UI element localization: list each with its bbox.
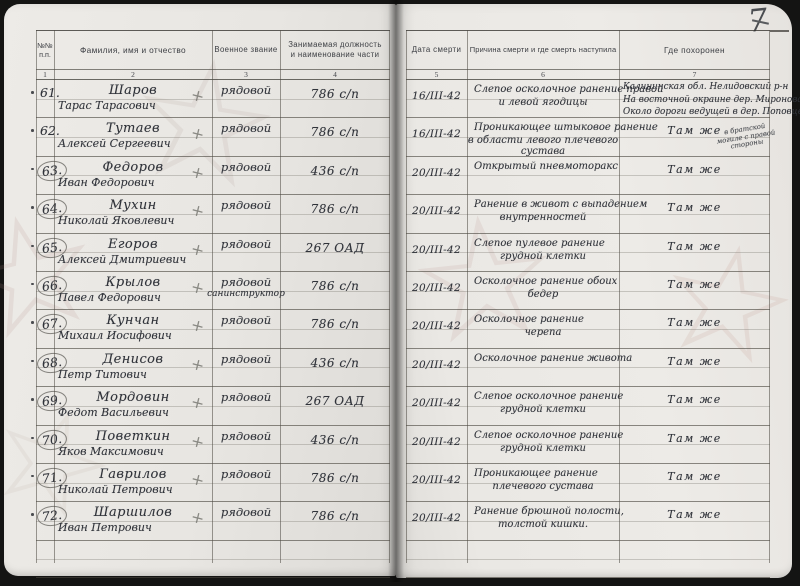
grid-line [36, 30, 37, 563]
ledger-row-right: 20/III-42 Слепое осколочное ранение груд… [406, 387, 770, 425]
burial-cell: Там же [619, 310, 770, 347]
death-cause-line1: Осколочное ранение обоих [474, 276, 619, 287]
death-cause-line1: Проникающее штыковое ранение [474, 122, 619, 133]
rank-cell: рядовой [212, 195, 280, 232]
unit: 786 с/п [280, 471, 390, 485]
scanned-ledger-spread: ☆ ☆ ☆ ☆ ☆ 7 №№ п.п. Фамилия, имя и отчес… [0, 0, 800, 586]
death-cause-cell: Проникающее штыковое ранение в области л… [467, 118, 619, 155]
death-cause-line1: Осколочное ранение [474, 314, 619, 325]
ledger-row-right: 20/III-42 Осколочное ранение живота Там … [406, 349, 770, 387]
death-date: 20/III-42 [406, 244, 467, 256]
rank-cell: рядовой [212, 426, 280, 463]
right-table-header: Дата смерти Причина смерти и где смерть … [406, 30, 770, 70]
death-cause-line2: бедер [467, 289, 619, 300]
column-number: 2 [54, 70, 212, 79]
ledger-row-left: 64. Мухин Николай Яковлевич + рядовой 78… [36, 195, 390, 233]
ledger-row-left: 72. Шаршилов Иван Петрович + рядовой 786… [36, 502, 390, 540]
death-date: 20/III-42 [406, 359, 467, 371]
death-cause-line2: черепа [467, 327, 619, 338]
burial-cell: Там же [619, 234, 770, 271]
burial-cell: Там же [619, 426, 770, 463]
unit-cell: 267 ОАД [280, 234, 390, 271]
unit: 786 с/п [280, 87, 390, 101]
left-table: №№ п.п. Фамилия, имя и отчество Военное … [36, 30, 390, 563]
ledger-row-right: 20/III-42 Осколочное ранение обоих бедер… [406, 272, 770, 310]
ledger-row-right: 20/III-42 Открытый пневмоторакс Там же [406, 157, 770, 195]
death-cause-line1: Слепое осколочное ранение [474, 430, 619, 441]
row-number-cell: 67. [36, 310, 54, 347]
name-cell: Шаров Тарас Тарасович + [54, 80, 212, 117]
rank-cell: рядовой [212, 118, 280, 155]
row-number-cell: 68. [36, 349, 54, 386]
death-cause-cell: Слепое осколочное ранение грудной клетки [467, 426, 619, 463]
left-column-numbers: 1 2 3 4 [36, 70, 390, 80]
burial-line1: Там же [619, 317, 770, 329]
burial-cell: Там же [619, 195, 770, 232]
rank: рядовой [221, 237, 271, 251]
surname: Егоров [54, 237, 212, 252]
death-cause-cell: Осколочное ранение черепа [467, 310, 619, 347]
rank-cell: рядовой [212, 387, 280, 424]
surname: Гаврилов [54, 467, 212, 482]
name-cell: Денисов Петр Титович + [54, 349, 212, 386]
unit: 436 с/п [280, 433, 390, 447]
row-number-cell: 72. [36, 502, 54, 539]
ledger-row-left: 66. Крылов Павел Федорович + рядовой сан… [36, 272, 390, 310]
column-number: 7 [619, 70, 770, 79]
unit: 436 с/п [280, 164, 390, 178]
unit-cell: 267 ОАД [280, 387, 390, 424]
col-header-name: Фамилия, имя и отчество [54, 31, 212, 69]
surname: Кунчан [54, 313, 212, 328]
death-date: 20/III-42 [406, 474, 467, 486]
death-cause-line1: Ранение брюшной полости, [474, 506, 619, 517]
unit: 786 с/п [280, 202, 390, 216]
ledger-row-left: 67. Кунчан Михаил Иосифович + рядовой 78… [36, 310, 390, 348]
right-rows: 16/III-42 Слепое осколочное ранение прав… [406, 80, 770, 578]
grid-line [406, 30, 407, 563]
death-date-cell: 20/III-42 [406, 426, 467, 463]
column-number: 5 [406, 70, 467, 79]
death-date-cell: 20/III-42 [406, 310, 467, 347]
unit-cell: 786 с/п [280, 310, 390, 347]
pencil-dot-mark [31, 321, 34, 324]
left-rows: 61. Шаров Тарас Тарасович + рядовой 786 … [36, 80, 390, 578]
death-date: 20/III-42 [406, 167, 467, 179]
name-cell: Кунчан Михаил Иосифович + [54, 310, 212, 347]
rank: рядовой [221, 313, 271, 327]
unit-cell: 786 с/п [280, 502, 390, 539]
death-date-cell: 20/III-42 [406, 502, 467, 539]
death-cause-line2: плечевого сустава [467, 481, 619, 492]
column-number: 4 [280, 70, 390, 79]
right-table: Дата смерти Причина смерти и где смерть … [406, 30, 770, 563]
death-date-cell: 16/III-42 [406, 118, 467, 155]
burial-cell: Там же [619, 272, 770, 309]
death-date-cell: 20/III-42 [406, 272, 467, 309]
unit: 786 с/п [280, 279, 390, 293]
surname: Шаров [54, 83, 212, 98]
row-number-cell: 69. [36, 387, 54, 424]
death-date: 16/III-42 [406, 128, 467, 140]
rank: рядовой [221, 160, 271, 174]
death-date-cell: 20/III-42 [406, 157, 467, 194]
death-cause-cell: Осколочное ранение обоих бедер [467, 272, 619, 309]
rank: рядовой [221, 467, 271, 481]
pencil-dot-mark [31, 129, 34, 132]
death-cause-cell: Слепое осколочное ранение правой и левой… [467, 80, 619, 117]
pencil-dot-mark [31, 206, 34, 209]
name-cell: Крылов Павел Федорович + [54, 272, 212, 309]
burial-cell: Калининская обл. Нелидовский р-н На вост… [619, 80, 770, 117]
death-date-cell: 20/III-42 [406, 234, 467, 271]
death-cause-cell: Ранение в живот с выпадением внутренност… [467, 195, 619, 232]
surname: Крылов [54, 275, 212, 290]
unit-cell: 436 с/п [280, 157, 390, 194]
grid-line [212, 30, 213, 563]
row-number-cell: 64. [36, 195, 54, 232]
death-cause-cell: Проникающее ранение плечевого сустава [467, 464, 619, 501]
death-cause-line2: и левой ягодицы [467, 97, 619, 108]
name-cell: Гаврилов Николай Петрович + [54, 464, 212, 501]
column-number: 3 [212, 70, 280, 79]
pencil-dot-mark [31, 91, 34, 94]
rank: рядовой [221, 83, 271, 97]
unit-cell: 786 с/п [280, 195, 390, 232]
burial-line2: На восточной окраине дер. Миронова [623, 95, 770, 107]
unit: 786 с/п [280, 125, 390, 139]
unit-cell: 786 с/п [280, 272, 390, 309]
burial-line1: Там же [619, 241, 770, 253]
rank-cell: рядовой [212, 464, 280, 501]
death-date: 20/III-42 [406, 512, 467, 524]
rank: рядовой [221, 198, 271, 212]
unit: 786 с/п [280, 509, 390, 523]
grid-line [54, 30, 55, 563]
burial-cell: Там же [619, 464, 770, 501]
death-cause-cell: Слепое осколочное ранение грудной клетки [467, 387, 619, 424]
surname: Тутаев [54, 121, 212, 136]
col-header-death-date: Дата смерти [406, 31, 467, 69]
burial-line1: Там же [619, 509, 770, 521]
burial-line1: Там же [619, 164, 770, 176]
death-cause-line1: Ранение в живот с выпадением [474, 199, 619, 210]
name-cell: Мухин Николай Яковлевич + [54, 195, 212, 232]
rank-extra: санинструктор [207, 289, 285, 299]
burial-line1: Там же [619, 356, 770, 368]
surname: Денисов [54, 352, 212, 367]
grid-line [769, 30, 770, 563]
rank-cell: рядовой санинструктор [212, 272, 280, 309]
death-cause-line1: Осколочное ранение живота [474, 353, 619, 364]
death-date: 20/III-42 [406, 320, 467, 332]
unit-cell: 786 с/п [280, 464, 390, 501]
surname: Поветкин [54, 429, 212, 444]
right-column-numbers: 5 6 7 [406, 70, 770, 80]
death-date-cell: 20/III-42 [406, 464, 467, 501]
rank: рядовой [221, 429, 271, 443]
row-number-cell: 65. [36, 234, 54, 271]
death-cause-line1: Слепое пулевое ранение [474, 238, 619, 249]
rank-cell: рядовой [212, 349, 280, 386]
pencil-dot-mark [31, 398, 34, 401]
grid-line [389, 30, 390, 563]
grid-line [467, 30, 468, 563]
unit-cell: 786 с/п [280, 118, 390, 155]
death-date: 20/III-42 [406, 205, 467, 217]
ledger-row-right: 20/III-42 Ранение в живот с выпадением в… [406, 195, 770, 233]
death-date: 16/III-42 [406, 90, 467, 102]
death-cause-cell: Слепое пулевое ранение грудной клетки [467, 234, 619, 271]
rank-cell: рядовой [212, 157, 280, 194]
death-cause-line1: Открытый пневмоторакс [474, 161, 619, 172]
death-cause-line2: грудной клетки [467, 443, 619, 454]
row-number-cell: 70. [36, 426, 54, 463]
death-date: 20/III-42 [406, 282, 467, 294]
rank-cell: рядовой [212, 234, 280, 271]
death-cause-line1: Слепое осколочное ранение правой [474, 84, 619, 95]
rank: рядовой [221, 275, 271, 289]
burial-line1: Калининская обл. Нелидовский р-н [623, 82, 770, 94]
death-cause-cell: Ранение брюшной полости, толстой кишки. [467, 502, 619, 539]
empty-ruled-row [406, 541, 770, 579]
ledger-row-left: 61. Шаров Тарас Тарасович + рядовой 786 … [36, 80, 390, 118]
col-header-death-cause: Причина смерти и где смерть наступила [467, 31, 619, 69]
row-number-cell: 71. [36, 464, 54, 501]
ledger-row-right: 16/III-42 Проникающее штыковое ранение в… [406, 118, 770, 156]
name-cell: Егоров Алексей Дмитриевич + [54, 234, 212, 271]
row-number-cell: 61. [36, 80, 54, 117]
burial-line1: Там же [619, 202, 770, 214]
ledger-row-right: 16/III-42 Слепое осколочное ранение прав… [406, 80, 770, 118]
unit: 267 ОАД [280, 241, 390, 255]
surname: Мухин [54, 198, 212, 213]
rank: рядовой [221, 352, 271, 366]
name-cell: Мордовин Федот Васильевич + [54, 387, 212, 424]
death-cause-line2: грудной клетки [467, 404, 619, 415]
burial-cell: Там же [619, 157, 770, 194]
ledger-row-left: 68. Денисов Петр Титович + рядовой 436 с… [36, 349, 390, 387]
death-cause-line1: Слепое осколочное ранение [474, 391, 619, 402]
col-header-burial: Где похоронен [619, 31, 770, 69]
ledger-row-right: 20/III-42 Ранение брюшной полости, толст… [406, 502, 770, 540]
death-date: 20/III-42 [406, 436, 467, 448]
pencil-dot-mark [31, 437, 34, 440]
name-cell: Шаршилов Иван Петрович + [54, 502, 212, 539]
column-number: 6 [467, 70, 619, 79]
pencil-dot-mark [31, 245, 34, 248]
pencil-dot-mark [31, 360, 34, 363]
burial-line3: Около дороги ведущей в дер. Поповцево [623, 107, 770, 119]
death-date-cell: 16/III-42 [406, 80, 467, 117]
death-cause-line2: толстой кишки. [467, 519, 619, 530]
row-number-cell: 66. [36, 272, 54, 309]
row-number-cell: 63. [36, 157, 54, 194]
name-cell: Тутаев Алексей Сергеевич + [54, 118, 212, 155]
unit-cell: 436 с/п [280, 426, 390, 463]
unit: 436 с/п [280, 356, 390, 370]
burial-cell: Там же в братской могиле с правой сторон… [619, 118, 770, 155]
header-line-extension [770, 30, 789, 32]
ledger-row-right: 20/III-42 Слепое осколочное ранение груд… [406, 426, 770, 464]
ledger-row-left: 65. Егоров Алексей Дмитриевич + рядовой … [36, 234, 390, 272]
book-spine-shadow [388, 0, 404, 582]
death-date-cell: 20/III-42 [406, 349, 467, 386]
death-cause-line1: Проникающее ранение [474, 468, 619, 479]
col-header-rank: Военное звание [212, 31, 280, 69]
burial-line1: Там же [619, 433, 770, 445]
burial-cell: Там же [619, 349, 770, 386]
death-date-cell: 20/III-42 [406, 195, 467, 232]
unit-cell: 786 с/п [280, 80, 390, 117]
surname: Мордовин [54, 390, 212, 405]
ledger-row-left: 71. Гаврилов Николай Петрович + рядовой … [36, 464, 390, 502]
ledger-row-right: 20/III-42 Слепое пулевое ранение грудной… [406, 234, 770, 272]
rank: рядовой [221, 505, 271, 519]
ledger-row-right: 20/III-42 Проникающее ранение плечевого … [406, 464, 770, 502]
ledger-row-right: 20/III-42 Осколочное ранение черепа Там … [406, 310, 770, 348]
death-cause-cell: Осколочное ранение живота [467, 349, 619, 386]
rank-cell: рядовой [212, 310, 280, 347]
burial-cell: Там же [619, 502, 770, 539]
death-cause-cell: Открытый пневмоторакс [467, 157, 619, 194]
row-number-cell: 62. [36, 118, 54, 155]
ledger-row-left: 63. Федоров Иван Федорович + рядовой 436… [36, 157, 390, 195]
ledger-row-left: 62. Тутаев Алексей Сергеевич + рядовой 7… [36, 118, 390, 156]
rank: рядовой [221, 121, 271, 135]
death-date: 20/III-42 [406, 397, 467, 409]
burial-cell: Там же [619, 387, 770, 424]
unit: 267 ОАД [280, 394, 390, 408]
grid-line [619, 30, 620, 563]
surname: Федоров [54, 160, 212, 175]
col-header-num: №№ п.п. [36, 31, 54, 69]
burial-line1: Там же [619, 394, 770, 406]
surname: Шаршилов [54, 505, 212, 520]
name-cell: Федоров Иван Федорович + [54, 157, 212, 194]
unit: 786 с/п [280, 317, 390, 331]
burial-line1: Там же [619, 279, 770, 291]
left-table-header: №№ п.п. Фамилия, имя и отчество Военное … [36, 30, 390, 70]
death-cause-line2: внутренностей [467, 212, 619, 223]
death-date-cell: 20/III-42 [406, 387, 467, 424]
rank: рядовой [221, 390, 271, 404]
unit-cell: 436 с/п [280, 349, 390, 386]
ledger-row-left: 69. Мордовин Федот Васильевич + рядовой … [36, 387, 390, 425]
death-cause-line2: в области левого плечевого сустава [467, 135, 619, 157]
rank-cell: рядовой [212, 80, 280, 117]
name-cell: Поветкин Яков Максимович + [54, 426, 212, 463]
burial-line1: Там же [619, 471, 770, 483]
ledger-row-left: 70. Поветкин Яков Максимович + рядовой 4… [36, 426, 390, 464]
pencil-dot-mark [31, 513, 34, 516]
column-number: 1 [36, 70, 54, 79]
pencil-dot-mark [31, 168, 34, 171]
death-cause-line2: грудной клетки [467, 251, 619, 262]
col-header-unit: Занимаемая должность и наименование част… [280, 31, 390, 69]
grid-line [280, 30, 281, 563]
empty-ruled-row [36, 541, 390, 579]
rank-cell: рядовой [212, 502, 280, 539]
